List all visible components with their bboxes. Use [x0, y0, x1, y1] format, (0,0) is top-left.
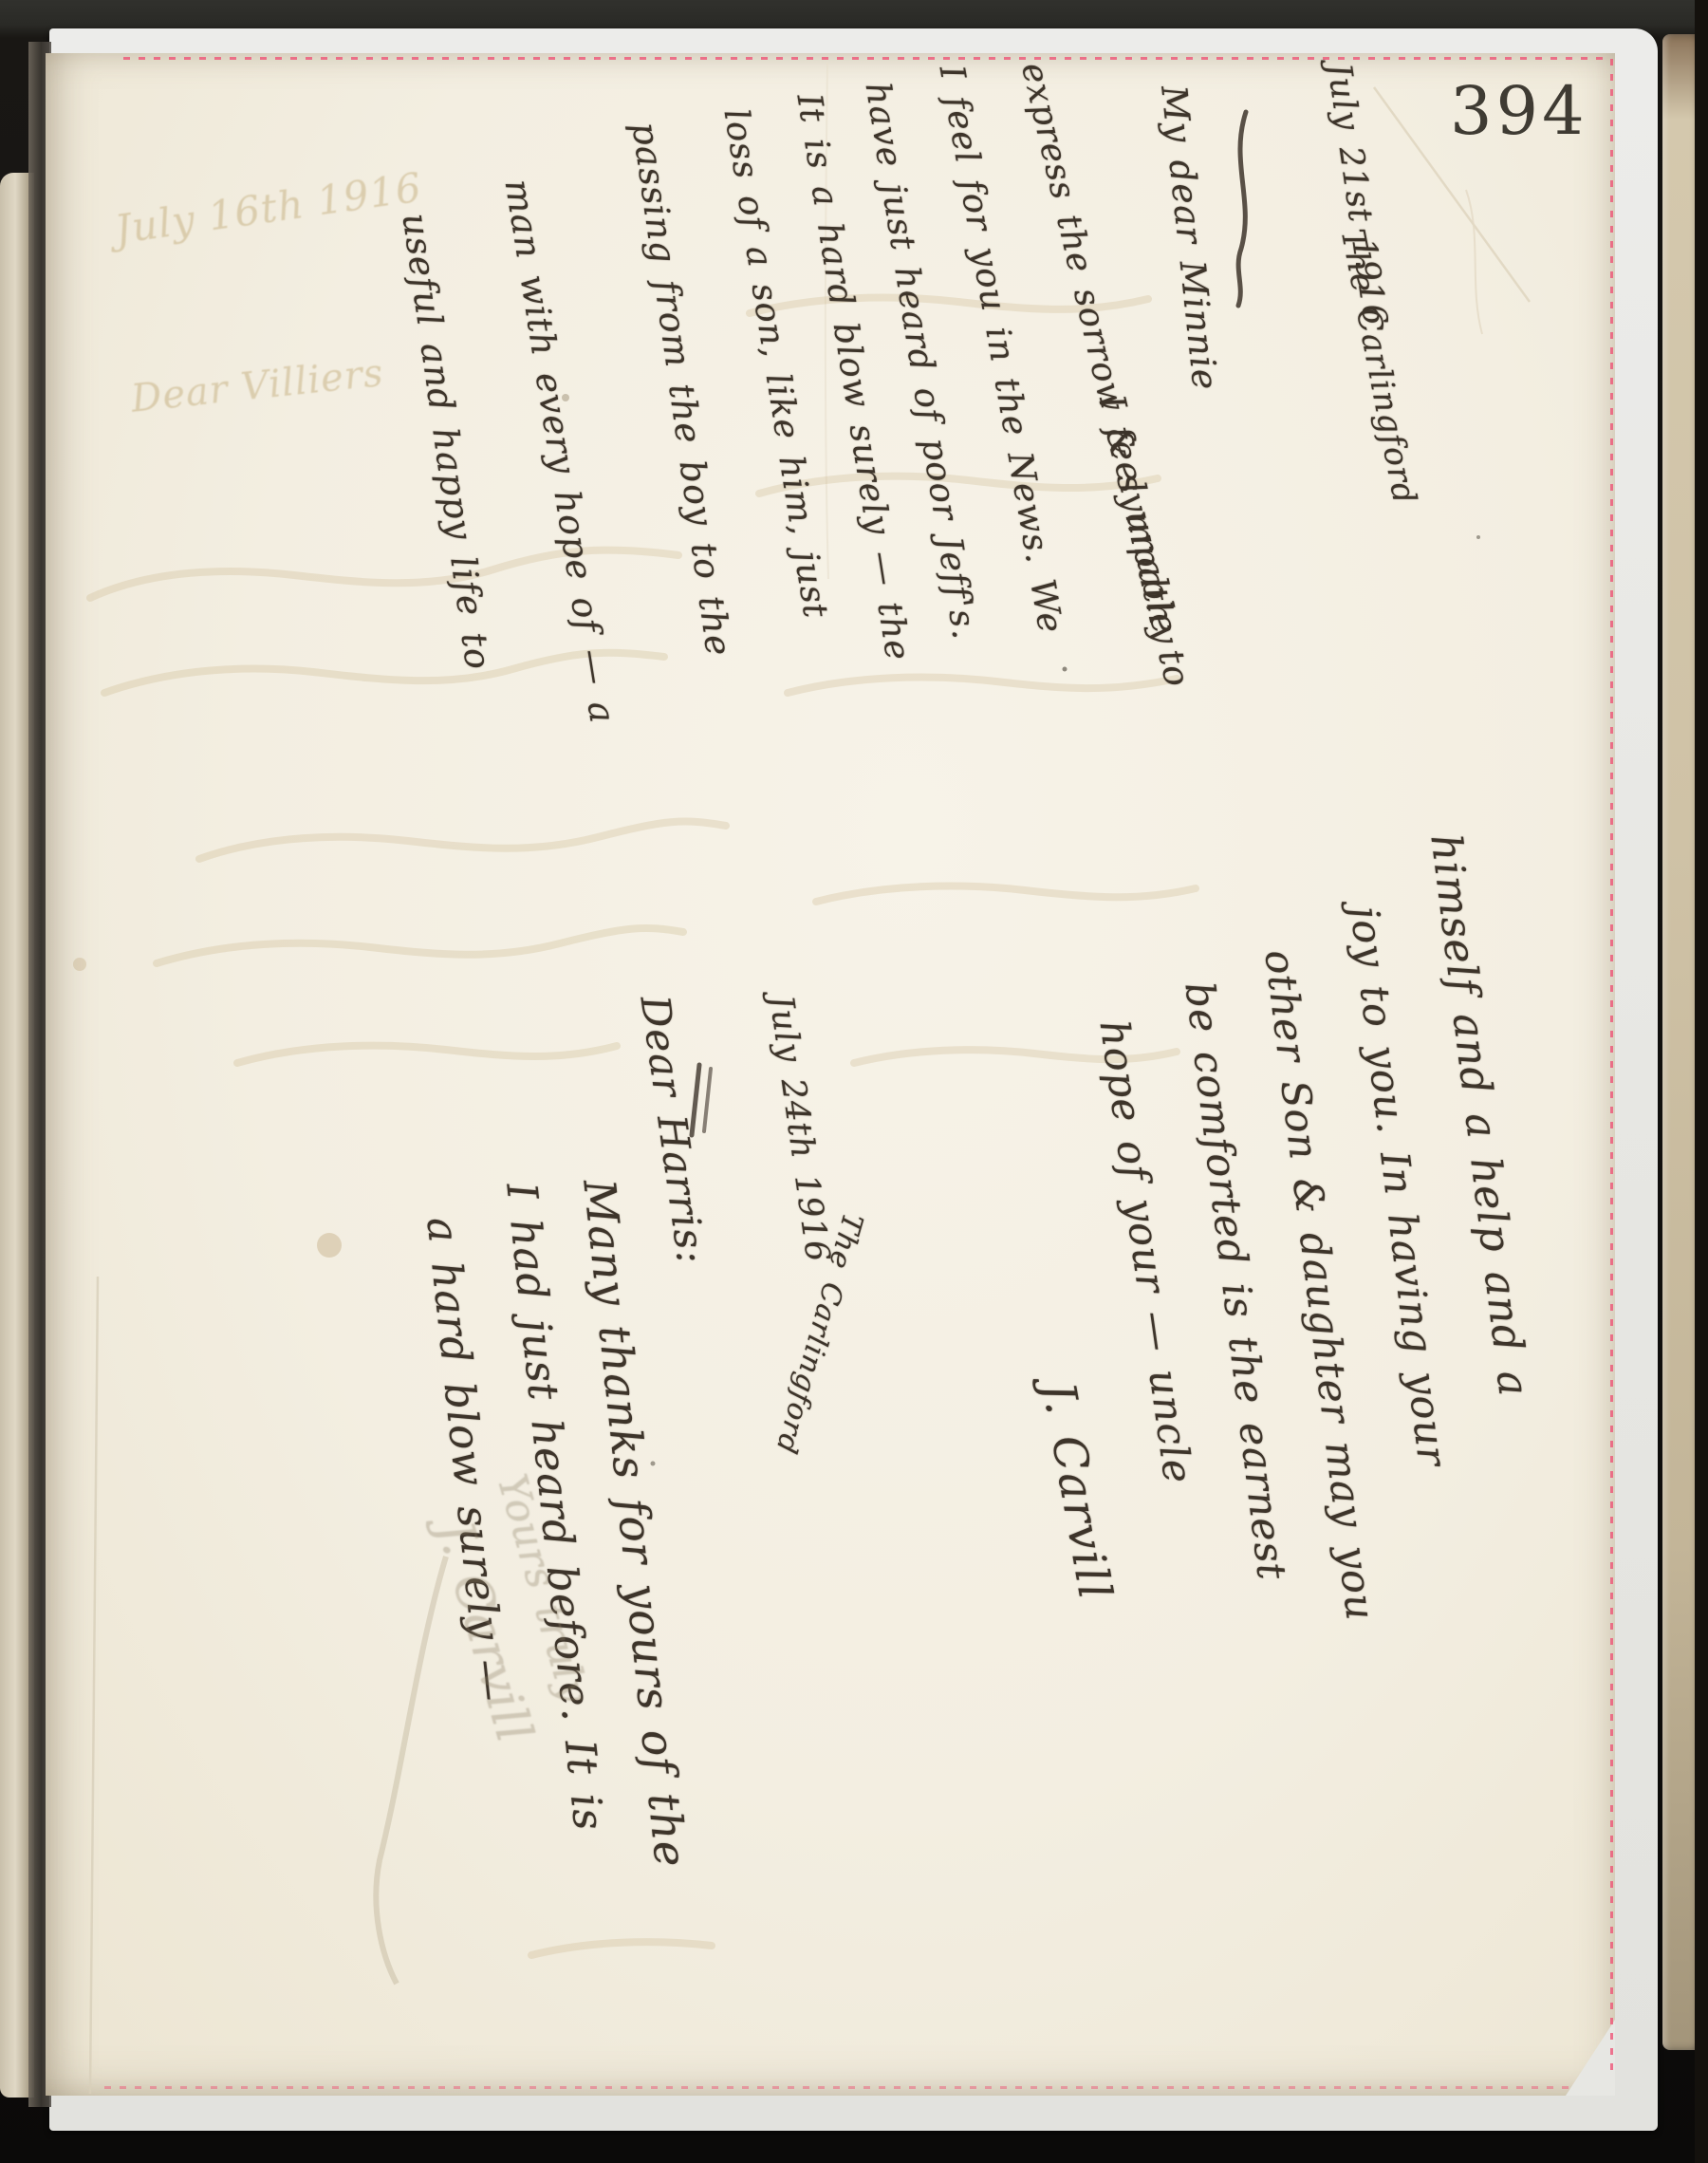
ink-flourish: [704, 1069, 711, 1131]
ghost-squiggle: [237, 1046, 617, 1063]
crease-line: [1374, 87, 1530, 302]
ghost-squiggle: [531, 1942, 712, 1955]
crease-line: [90, 1277, 98, 2094]
ghost-squiggle: [199, 822, 726, 859]
stain: [73, 958, 86, 971]
stain: [317, 1233, 342, 1258]
speck: [1063, 667, 1067, 672]
ghost-signature-stroke: [376, 1557, 446, 1984]
ghost-squiggle: [788, 678, 1177, 693]
photograph-of-album-page: 394: [0, 0, 1708, 2163]
ink-flourish: [1238, 112, 1246, 306]
ghost-squiggle: [816, 886, 1196, 902]
crease-line: [1466, 190, 1482, 334]
speck: [1476, 535, 1480, 539]
ghost-squiggle: [157, 928, 683, 963]
